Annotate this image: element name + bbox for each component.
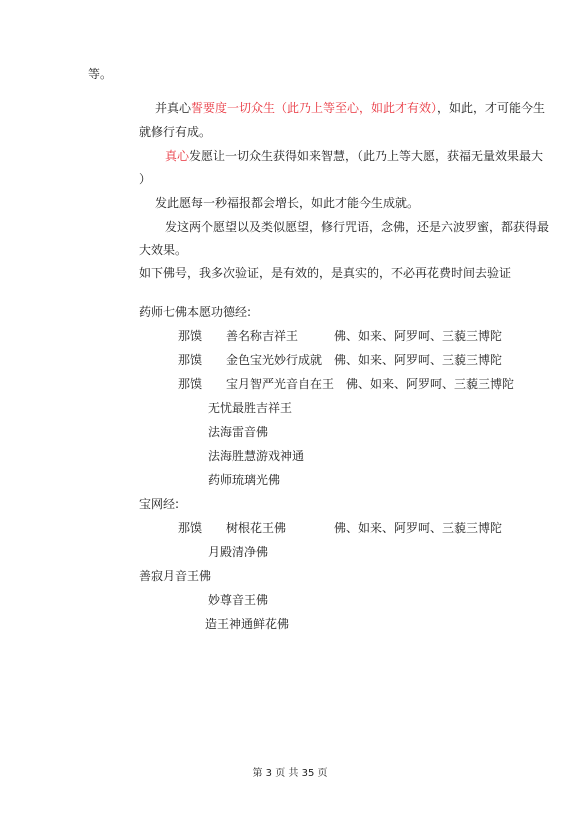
red-emphasis: 誓要度一切众生（此乃上等至心，如此才有效） (191, 101, 437, 115)
red-emphasis: 真心 (165, 149, 189, 163)
vow-line-2: 真心发愿让一切众生获得如来智慧，（此乃上等大愿，获福无量效果最大 (165, 148, 543, 164)
buddha-name: 月殿清净佛 (208, 544, 268, 560)
text-line: 大效果。 (139, 242, 187, 258)
text-span: ，如此，才可能今生 (437, 101, 545, 115)
text-line: 如下佛号，我多次验证，是有效的，是真实的，不必再花费时间去验证 (139, 265, 511, 281)
buddha-name: 药师琉璃光佛 (208, 472, 280, 488)
text-line: 发这两个愿望以及类似愿望，修行咒语，念佛，还是六波罗蜜，都获得最 (165, 219, 549, 235)
section-title: 宝网经: (139, 496, 179, 512)
page-footer: 第 3 页 共 35 页 (0, 764, 580, 779)
buddha-name: 那馍 树根花王佛 佛、如来、阿罗呵、三藐三博陀 (178, 520, 502, 536)
buddha-name: 无忧最胜吉祥王 (208, 400, 292, 416)
buddha-name: 那馍 金色宝光妙行成就 佛、如来、阿罗呵、三藐三博陀 (178, 352, 502, 368)
buddha-name: 善寂月音王佛 (139, 568, 211, 584)
text-line: ） (139, 171, 151, 187)
buddha-name: 那馍 宝月智严光音自在王 佛、如来、阿罗呵、三藐三博陀 (178, 376, 514, 392)
text-line: 发此愿每一秒福报都会增长，如此才能今生成就。 (155, 195, 419, 211)
vow-line-1: 并真心誓要度一切众生（此乃上等至心，如此才有效），如此，才可能今生 (155, 100, 545, 116)
buddha-name: 那馍 善名称吉祥王 佛、如来、阿罗呵、三藐三博陀 (178, 328, 502, 344)
text-span: 发愿让一切众生获得如来智慧，（此乃上等大愿，获福无量效果最大 (189, 149, 543, 163)
buddha-name: 造王神通鲜花佛 (205, 616, 289, 632)
buddha-name: 法海雷音佛 (208, 424, 268, 440)
section-title: 药师七佛本愿功德经: (139, 304, 251, 320)
buddha-name: 妙尊音王佛 (208, 592, 268, 608)
text-line: 就修行有成。 (139, 124, 211, 140)
text-line: 等。 (88, 66, 112, 82)
text-span: 并真心 (155, 101, 191, 115)
buddha-name: 法海胜慧游戏神通 (208, 448, 304, 464)
